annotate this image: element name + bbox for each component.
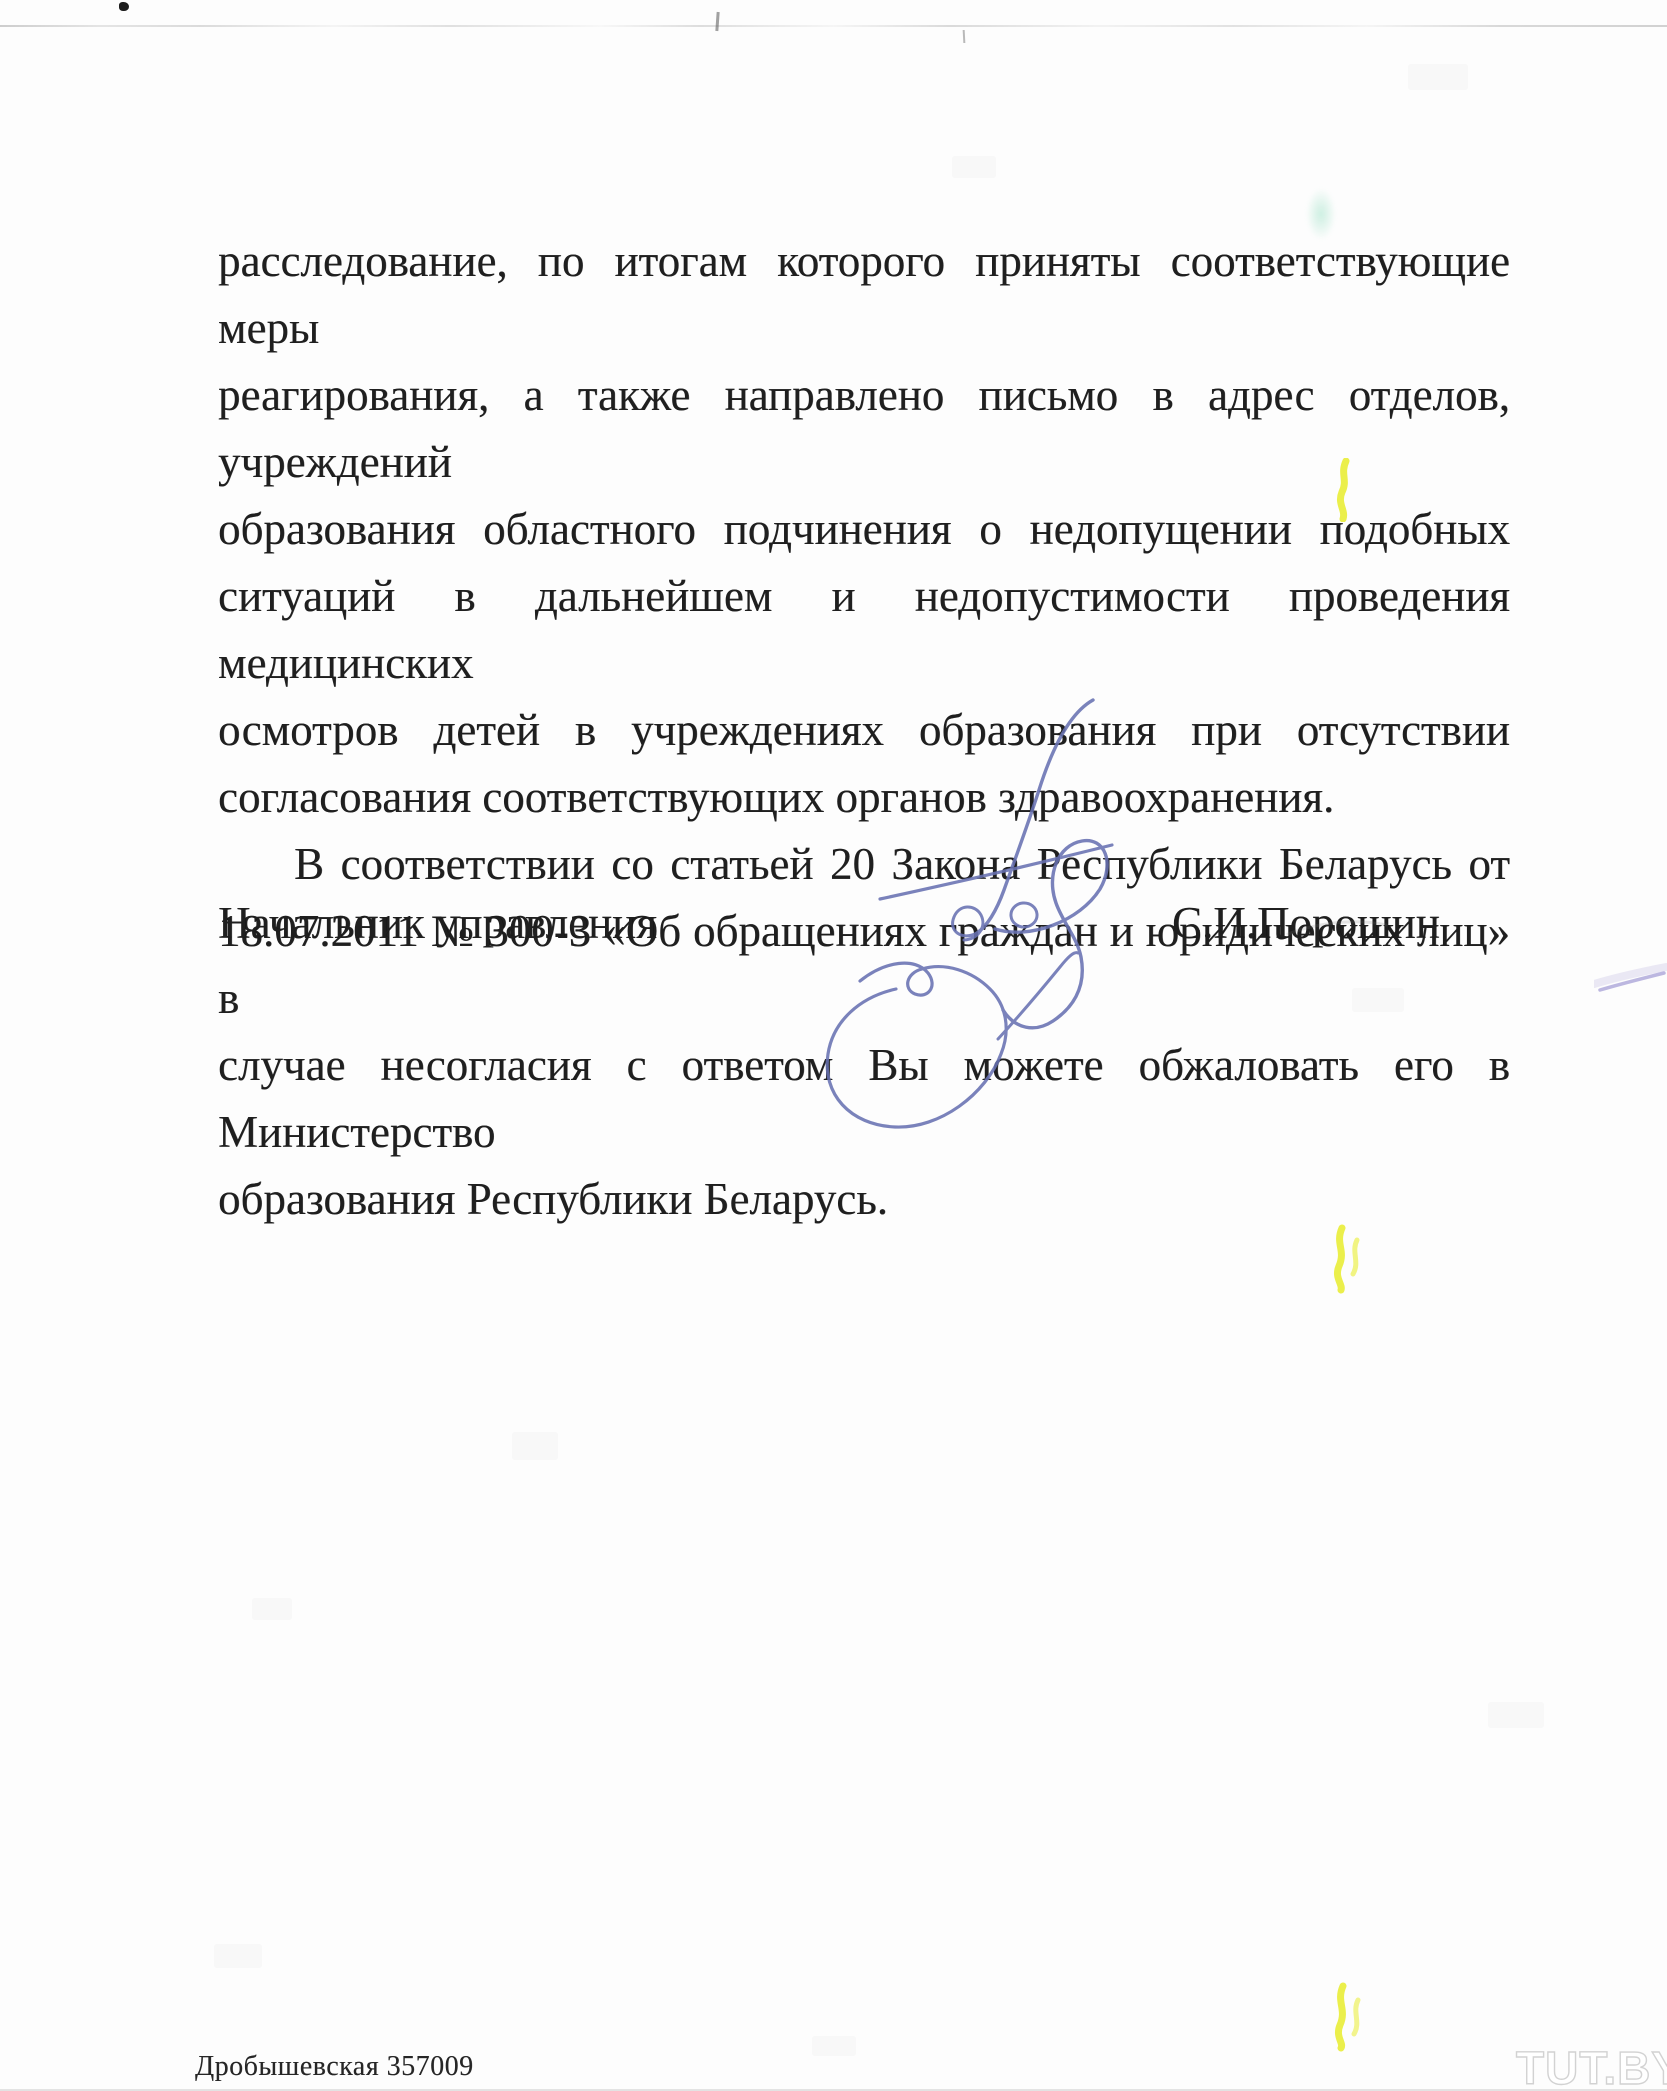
paper-noise <box>1488 1702 1544 1728</box>
body-line: ситуаций в дальнейшем и недопустимости п… <box>218 563 1510 697</box>
signature-scribble <box>700 698 1160 1168</box>
tutby-watermark: TUT.BY <box>1516 2041 1667 2091</box>
signer-title: Начальник управления <box>218 897 657 949</box>
body-line: расследование, по итогам которого принят… <box>218 228 1510 362</box>
paper-noise <box>512 1432 558 1460</box>
green-highlight-smudge <box>1306 188 1336 240</box>
paper-noise <box>252 1598 292 1620</box>
footer-reference: Дробышевская 357009 <box>195 2051 474 2083</box>
paper-noise <box>812 2036 856 2056</box>
scan-tick-artifact <box>715 12 719 31</box>
scan-wisp-artifact <box>1286 914 1390 940</box>
yellow-highlight-mark <box>1334 458 1356 522</box>
yellow-highlight-mark <box>1330 1224 1366 1294</box>
paper-noise <box>1408 64 1468 90</box>
paper-noise <box>214 1944 262 1968</box>
paper-noise <box>952 156 996 178</box>
scan-tick-artifact <box>963 30 966 43</box>
scanned-letter-page: расследование, по итогам которого принят… <box>0 0 1667 2091</box>
pen-stroke-artifact <box>1594 960 1667 998</box>
body-line: реагирования, а также направлено письмо … <box>218 362 1510 496</box>
scan-streak-line <box>0 25 1667 27</box>
body-line: образования областного подчинения о недо… <box>218 496 1510 563</box>
yellow-highlight-mark <box>1330 1982 1366 2052</box>
ink-dot-artifact <box>119 2 129 11</box>
body-line: образования Республики Беларусь. <box>218 1166 1510 1233</box>
